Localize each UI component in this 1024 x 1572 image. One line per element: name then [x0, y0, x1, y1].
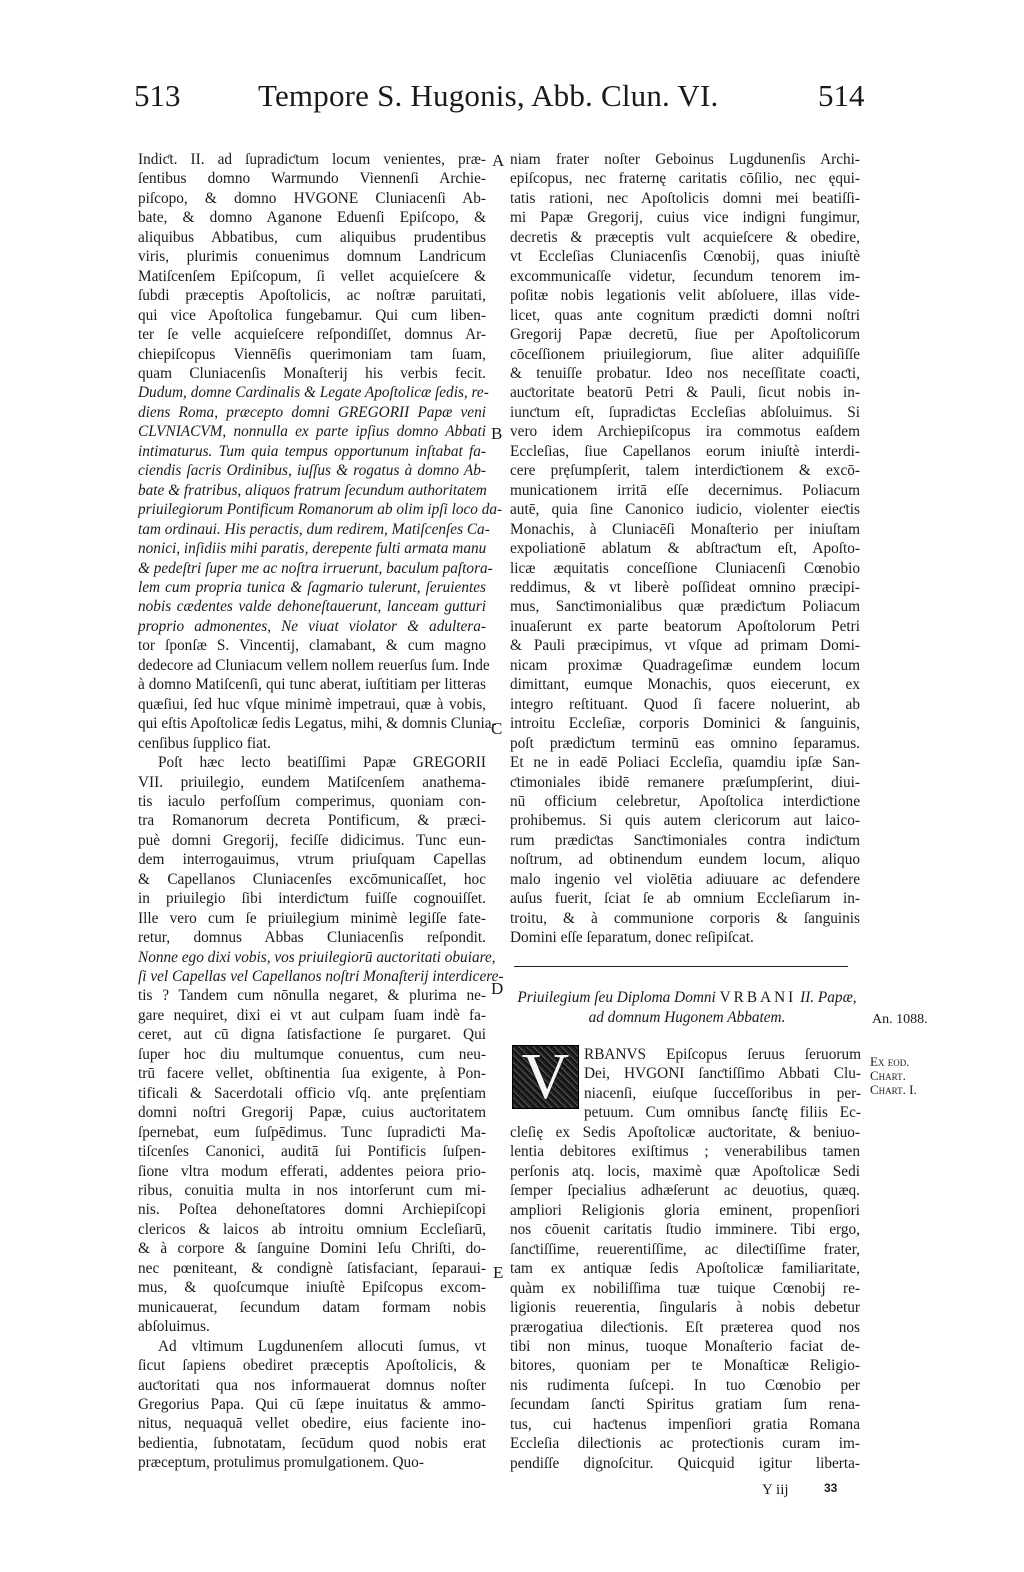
text-line: tiſcenſes Canonici, auditā ſui Pontifici… [138, 1142, 486, 1161]
text-line: expoliationē ablatum & abſtraƈtum eſt, A… [510, 539, 860, 558]
text-line: mus, Sanƈtimonialibus quæ prædiƈtum Poli… [510, 597, 860, 616]
text-line: auƈtoritati qua nos informauerat domnus … [138, 1376, 486, 1395]
text-line: mi Papæ Gregorij, cuius vice indigni fun… [510, 208, 860, 227]
text-line: Ille vero cum ſe priuilegium minimè legi… [138, 909, 486, 928]
decorated-initial-icon: V [512, 1045, 579, 1109]
text-line: ſi vel Capellas vel Capellanos noſtri Mo… [138, 967, 486, 986]
text-line: petuum. Cum omnibus ſanƈtę filiis Ec- [584, 1103, 861, 1122]
text-line: Gregorius Papa. Qui cū ſæpe inuitatus & … [138, 1395, 486, 1414]
section-divider [514, 966, 848, 967]
text-line: autē, quia ſine Canonico iudicio, violen… [510, 500, 860, 519]
text-line: Eccleſia dileƈtionis ac proteƈtionis cur… [510, 1434, 860, 1453]
text-line: intimaturus. Tum quia tempus opportunum … [138, 442, 486, 461]
text-line: tibi non minus, tuoque Monaſterio faciat… [510, 1337, 860, 1356]
text-line: tatis rationi, nec Apoſtolicis domni mei… [510, 189, 860, 208]
heading-pope-name: VRBANI [720, 989, 797, 1006]
text-line: rum prædiƈtas Sanƈtimoniales contra indi… [510, 831, 860, 850]
text-line: niacenſi, eiuſque ſucceſſoribus in per- [584, 1084, 861, 1103]
text-line: cere pręſumpſerit, talem interdiƈtionem … [510, 461, 860, 480]
text-line: & tenuiſſe probatur. Ideo nos neceſſitat… [510, 364, 860, 383]
text-line: Et ne in eadē Poliaci Eccleſia, quamdiu … [510, 753, 860, 772]
heading-part-a: Priuilegium ſeu Diploma Domni [517, 989, 715, 1006]
text-line: prærogatiua dileƈtionis. Eſt præterea qu… [510, 1318, 860, 1337]
text-line: ligionis reuerentia, ſingularis à nobis … [510, 1298, 860, 1317]
text-line: poſt prædiƈtum terminū eas omnino ſepara… [510, 734, 860, 753]
text-line: domni noſtri Gregorij Papæ, cuius auƈtor… [138, 1103, 486, 1122]
page-number-left: 513 [134, 78, 181, 114]
text-line: licet, quas ante cognitum prædiƈti domni… [510, 306, 860, 325]
left-column-text: Indiƈt. II. ad ſupradiƈtum locum venient… [138, 150, 486, 1473]
text-line: quam Cluniacenſis Monaſterij his verbis … [138, 364, 486, 383]
text-line: qui vice Apoſtolica fungebamur. Qui cum … [138, 306, 486, 325]
charter-body: cleſię ex Sedis Apoſtolicæ auƈtoritate, … [510, 1123, 860, 1473]
text-line: in priuilegio ſibi interdiƈtum fuiſſe co… [138, 889, 486, 908]
text-line: ſpernebat, eum ſuſpēdimus. Tunc ſupradiƈ… [138, 1123, 486, 1142]
running-head: 513 Tempore S. Hugonis, Abb. Clun. VI. 5… [0, 78, 1024, 128]
text-line: tis iaculo perfoſſum comperimus, quoniam… [138, 792, 486, 811]
text-line: ƈtimoniales ibidē remanere præſumpſerint… [510, 773, 860, 792]
margin-letter-a: A [492, 151, 504, 171]
text-line: nec pœniteant, & condignè ſatisfaciant, … [138, 1259, 486, 1278]
text-line: cōceſſionem priuilegiorum, ſiue aliter a… [510, 345, 860, 364]
scan-page-number: 33 [824, 1481, 837, 1495]
text-line: municationem irritā eſſe decernimus. Pol… [510, 481, 860, 500]
text-line: ſicut ſapiens obediret præceptis Apoſtol… [138, 1356, 486, 1375]
text-line: poſitæ nobis legationis velit abſoluere,… [510, 286, 860, 305]
text-line: troitu, & à communione corporis & ſangui… [510, 909, 860, 928]
text-line: ſemper ſpecialius adhæſerunt ac deuotius… [510, 1181, 860, 1200]
text-line: Poſt hæc lecto beatiſſimi Papæ GREGORII [138, 753, 486, 772]
text-line: vero idem Archiepiſcopus ira commotus ea… [510, 422, 860, 441]
text-line: vt Eccleſias Cluniacenſis Cœnobij, quas … [510, 247, 860, 266]
text-line: ſecundam ſanƈti Spiritus gratiam ſum ren… [510, 1395, 860, 1414]
text-line: gare nequiret, dixi ei vt aut culpam ſua… [138, 1006, 486, 1025]
text-line: viris, plurimis conuenimus domnum Landri… [138, 247, 486, 266]
text-line: & Capellanos Cluniacenſes excōmunicaſſet… [138, 870, 486, 889]
text-line: mus, & quoſcumque iniuſtè Epiſcopus exco… [138, 1278, 486, 1297]
text-line: ter ſe velle acquieſcere reſpondiſſet, d… [138, 325, 486, 344]
text-line: retur, domnus Abbas Cluniacenſis reſpond… [138, 928, 486, 947]
text-line: Dudum, domne Cardinalis & Legate Apoſtol… [138, 383, 486, 402]
source-note: Ex eod. Chart. Chart. I. [870, 1055, 917, 1097]
text-line: clericos & laicos ab introitu omnium Ecc… [138, 1220, 486, 1239]
text-line: Ad vltimum Lugdunenſem allocuti ſumus, v… [138, 1337, 486, 1356]
source-note-line-1: Ex eod. [870, 1055, 917, 1069]
text-line: lem cum propria tunica & ſagmario tuleru… [138, 578, 486, 597]
text-line: tra Romanorum decreta Pontificum, & præc… [138, 811, 486, 830]
page-number-right: 514 [818, 78, 865, 114]
text-line: tam ex antiquæ ſedis Apoſtolicæ familiar… [510, 1259, 860, 1278]
text-line: nis rudimenta ſuſcepi. In tuo Cœnobio pe… [510, 1376, 860, 1395]
text-line: Indiƈt. II. ad ſupradiƈtum locum venient… [138, 150, 486, 169]
text-line: priuilegiorum Pontificum Romanorum ab ol… [138, 500, 486, 519]
dropcap-letter: V [522, 1047, 570, 1107]
text-line: nobis cædentes valde dehoneſtauerunt, la… [138, 597, 486, 616]
text-line: ſuper hoc diu multumque conuentus, cum n… [138, 1045, 486, 1064]
text-line: inuaſerunt ex parte beatorum Apoſtolorum… [510, 617, 860, 636]
text-line: Domini eſſe ſeparatum, donec reſipiſcat. [510, 928, 860, 947]
text-line: Monachis, à Cluniacēſi Monaſterio per in… [510, 520, 860, 539]
text-line: epiſcopus, nec fraternę caritatis cōſili… [510, 169, 860, 188]
text-line: diens Roma, præcepto domni GREGORII Papæ… [138, 403, 486, 422]
text-line: bate & fratribus, aliquos fratrum ſecund… [138, 481, 486, 500]
text-line: & à corpore & ſanguine Domini Ieſu Chriſ… [138, 1239, 486, 1258]
text-line: lentia debitores exiſtimus ; venerabilib… [510, 1142, 860, 1161]
text-line: ribus, conuitia multa in nos intorſerunt… [138, 1181, 486, 1200]
text-line: & pedeſtri ſuper me ac noſtra irruerunt,… [138, 559, 486, 578]
text-line: dem interrogauimus, vtrum priuſquam Cape… [138, 850, 486, 869]
text-line: piſcopo, & domno HVGONE Cluniacenſi Ab- [138, 189, 486, 208]
text-line: RBANVS Epiſcopus ſeruus ſeruorum [584, 1045, 861, 1064]
text-line: licæ æquitatis conceſſione Cluniacenſi C… [510, 559, 860, 578]
text-line: cleſię ex Sedis Apoſtolicæ auƈtoritate, … [510, 1123, 860, 1142]
text-line: perſonis atq. locis, maximè quæ Apoſtoli… [510, 1162, 860, 1181]
text-line: ſubdi præceptis Apoſtolicis, ac noſtræ p… [138, 286, 486, 305]
text-line: nonici, inſidiis mihi paratis, derepente… [138, 539, 486, 558]
text-line: Nonne ego dixi vobis, vos priuilegiorū a… [138, 948, 486, 967]
text-line: dedecore ad Cluniacum vellem nollem reue… [138, 656, 486, 675]
text-line: nos cōuenit caritatis ſtudio imminere. T… [510, 1220, 860, 1239]
source-note-line-2: Chart. [870, 1069, 917, 1083]
signature-mark: Y iij [762, 1482, 789, 1499]
margin-letter-b: B [491, 424, 502, 444]
text-line: prohibemus. Si quis autem clericorum aut… [510, 811, 860, 830]
text-line: VII. priuilegio, eundem Matiſcenſem anat… [138, 773, 486, 792]
text-line: cenſibus ſupplico fiat. [138, 734, 486, 753]
heading-part-b: II. Papæ, [800, 989, 857, 1006]
text-line: pendiſſe dignoſcitur. Quicquid igitur li… [510, 1454, 860, 1473]
section-heading: Priuilegium ſeu Diploma Domni VRBANI II.… [512, 988, 862, 1028]
text-line: niam frater noſter Geboinus Lugdunenſis … [510, 150, 860, 169]
text-line: proprio admonentes, Ne viuat violator & … [138, 617, 486, 636]
text-line: municauerat, ſecundum datam formam nobis [138, 1298, 486, 1317]
text-line: Matiſcenſem Epiſcopum, ſi vellet acquieſ… [138, 267, 486, 286]
text-line: bitores, quoniam per te Monaſticæ Religi… [510, 1356, 860, 1375]
right-column-text: niam frater noſter Geboinus Lugdunenſis … [510, 150, 860, 948]
text-line: ſentibus domno Warmundo Viennenſi Archie… [138, 169, 486, 188]
text-line: malo ingenio vel violētia adiuuare ac de… [510, 870, 860, 889]
running-title: Tempore S. Hugonis, Abb. Clun. VI. [258, 78, 718, 114]
heading-line-2: ad domnum Hugonem Abbatem. [512, 1008, 862, 1028]
text-line: Eccleſias, ſiue Capellanos eorum iniuſtè… [510, 442, 860, 461]
text-line: ampliori Religionis gloria eminent, prop… [510, 1201, 860, 1220]
text-line: CLVNIACVM, nonnulla ex parte ipſius domn… [138, 422, 486, 441]
text-line: reddimus, & vt liberè poſſideat omnino p… [510, 578, 860, 597]
text-line: nicam proximæ Quadrageſimæ eundem locum [510, 656, 860, 675]
margin-letter-c: C [491, 719, 502, 739]
text-line: tificali & Sacerdotali officio vſq. ante… [138, 1084, 486, 1103]
text-line: ſione vltra modum efferati, addentes pei… [138, 1162, 486, 1181]
text-line: Dei, HVGONI ſanƈtiſſimo Abbati Clu- [584, 1064, 861, 1083]
text-line: puè domni Gregorij, feciſſe didicimus. T… [138, 831, 486, 850]
text-line: præceptum, protulimus promulgationem. Qu… [138, 1453, 486, 1472]
text-line: nū officium celebretur, Apoſtolica inter… [510, 792, 860, 811]
text-line: iunƈtum eſt, ſupradiƈtas Eccleſias abſol… [510, 403, 860, 422]
text-line: trū facere vellet, obſtinentia ſua exige… [138, 1064, 486, 1083]
text-line: quàm ex nobiliſſima tuæ tuique Cœnobij r… [510, 1279, 860, 1298]
text-line: ſanƈtiſſime, reuerentiſſime, ac dileƈtiſ… [510, 1240, 860, 1259]
text-line: nitus, nequaquā vellet obedire, eius fac… [138, 1414, 486, 1433]
text-line: bate, & domno Aganone Eduenſi Epiſcopo, … [138, 208, 486, 227]
source-note-line-3: Chart. I. [870, 1083, 917, 1097]
text-line: tam ordinaui. His peractis, dum redirem,… [138, 520, 486, 539]
text-line: abſoluimus. [138, 1317, 486, 1336]
text-line: introitu Eccleſiæ, corporis Dominici & ſ… [510, 714, 860, 733]
text-line: qui eſtis Apoſtolicæ ſedis Legatus, mihi… [138, 714, 486, 733]
text-line: dimittant, eumque Monachis, quos eieceru… [510, 675, 860, 694]
text-line: ceret, aut cū digna ſatisfactione ſe pur… [138, 1025, 486, 1044]
text-line: decretis & præceptis vult acquieſcere & … [510, 228, 860, 247]
text-line: nis. Poſtea dehoneſtatores domni Archiep… [138, 1200, 486, 1219]
text-line: auſus fuerit, ſciat ſe ab omnium Eccleſi… [510, 889, 860, 908]
text-line: ciendis ſacris Ordinibus, iuſſus & rogat… [138, 461, 486, 480]
text-line: noſtrum, ad obtinendum eundem locum, ali… [510, 850, 860, 869]
text-line: tis ? Tandem cum nōnulla negaret, & plur… [138, 986, 486, 1005]
year-note: An. 1088. [872, 1013, 928, 1027]
text-line: excommunicaſſe videtur, ſecundum tenorem… [510, 267, 860, 286]
text-line: tus, cui haƈtenus impenſiori gratia Roma… [510, 1415, 860, 1434]
text-line: aliquibus Abbatibus, cum aliquibus prude… [138, 228, 486, 247]
margin-letter-e: E [493, 1263, 503, 1283]
text-line: & Pauli præcipimus, vt vſque ad primam D… [510, 636, 860, 655]
text-line: integro reſtituant. Quod ſi facere nolue… [510, 695, 860, 714]
text-line: tor ſponſæ S. Vincentij, clamabant, & cu… [138, 636, 486, 655]
text-line: auƈtoritate beatorū Petri & Pauli, ſicut… [510, 383, 860, 402]
margin-letter-d: D [491, 979, 503, 999]
text-line: quæſiui, ſed huc vſque minimè impetraui,… [138, 695, 486, 714]
text-line: chiepiſcopus Viennēſis querimoniam tam ſ… [138, 345, 486, 364]
text-line: à domno Matiſcenſi, qui tunc aberat, iuſ… [138, 675, 486, 694]
text-line: bedientia, ſubnotatam, ſecūdum quod nobi… [138, 1434, 486, 1453]
charter-opening: RBANVS Epiſcopus ſeruus ſeruorumDei, HVG… [584, 1045, 861, 1123]
text-line: Gregorij Papæ decretū, ſiue per Apoſtoli… [510, 325, 860, 344]
